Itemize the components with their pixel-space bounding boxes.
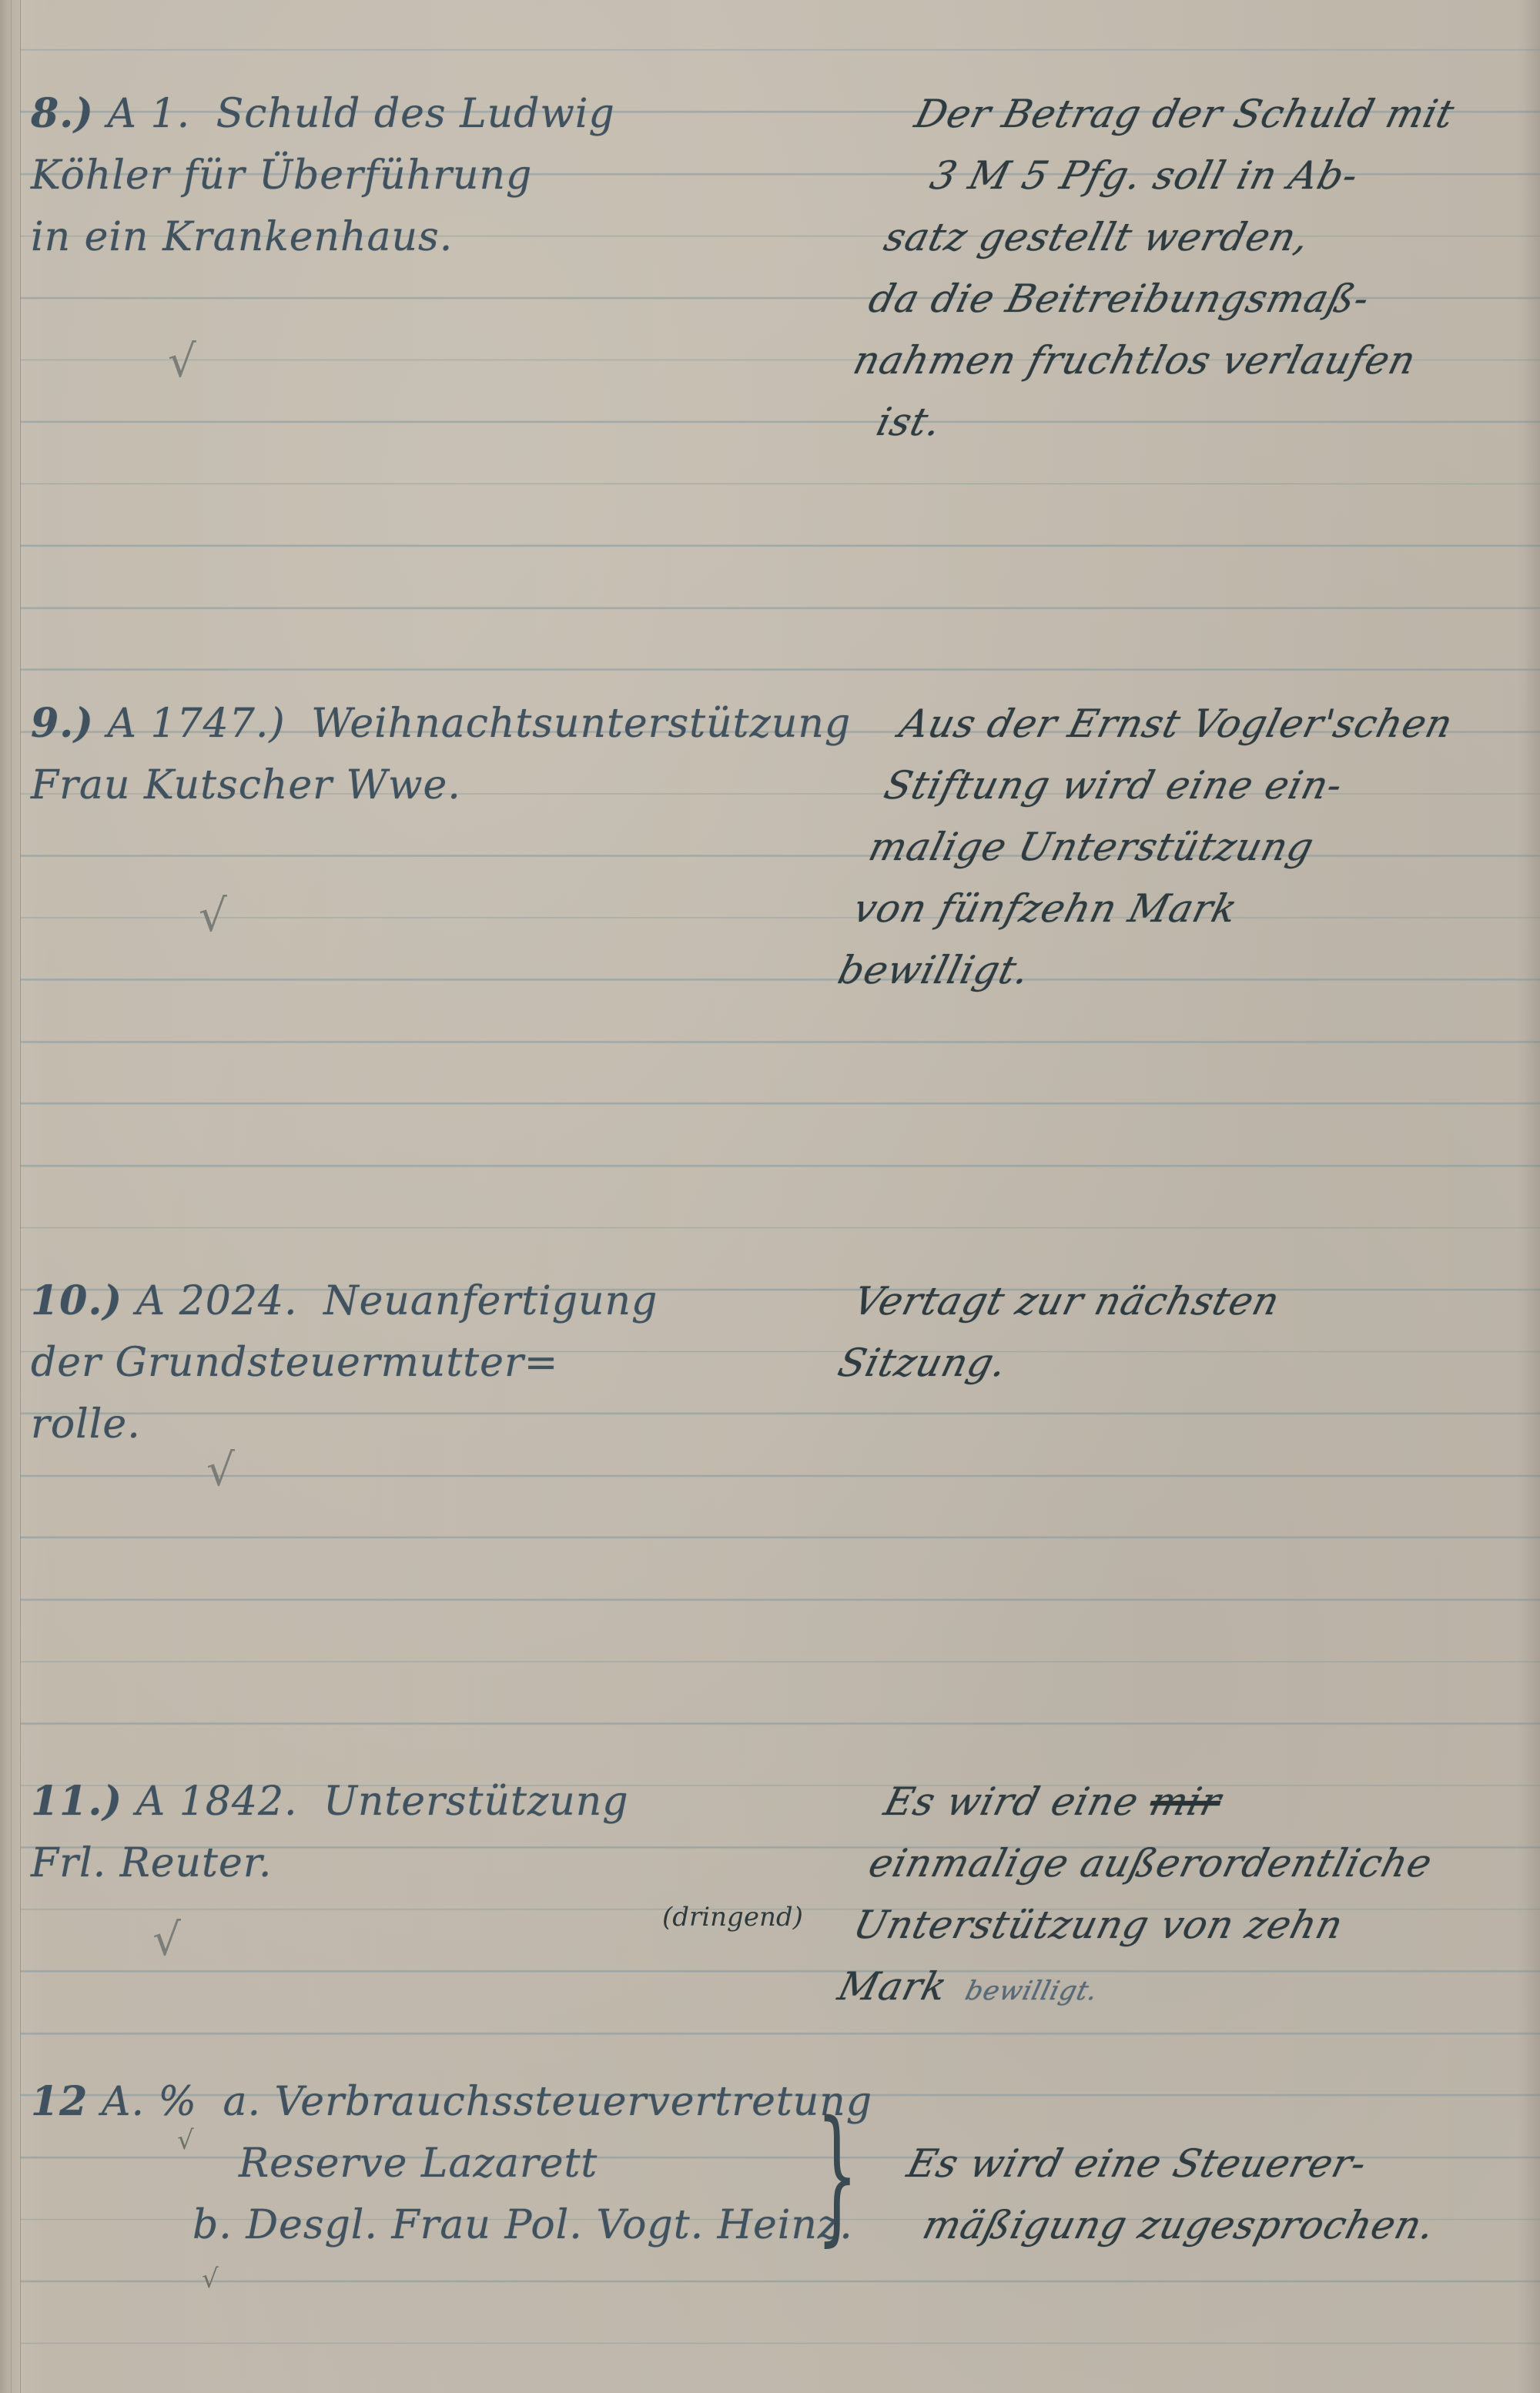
- reference-code: A 1.: [107, 91, 190, 137]
- resolution-line: Es wird eine Steuerer-: [901, 2133, 1540, 2194]
- resolution-line: bewilligt.: [832, 939, 1540, 1001]
- subject-line: 9.) A 1747.) Weihnachtsunterstützung: [31, 693, 816, 755]
- resolution-line: Unterstützung von zehn: [847, 1894, 1540, 1956]
- subject-text: Schuld des Ludwig: [216, 91, 615, 137]
- reference-code: A 1842.: [136, 1779, 298, 1825]
- subject-line: 10.) A 2024. Neuanfertigung: [31, 1270, 816, 1332]
- item-number: 8.): [31, 90, 94, 137]
- agenda-item-12: 12 A. % a. Verbrauchssteuervertretung Re…: [31, 2071, 816, 2256]
- resolution-text: Mark: [834, 1964, 952, 2009]
- resolution-10: Vertagt zur nächsten Sitzung.: [832, 1270, 1540, 1394]
- subject-line: Frau Kutscher Wwe.: [31, 755, 816, 816]
- subject-line: in ein Krankenhaus.: [31, 206, 816, 268]
- subject-line: 11.) A 1842. Unterstützung: [31, 1771, 816, 1832]
- reference-code: A 2024.: [136, 1278, 298, 1324]
- resolution-line: nahmen fruchtlos verlaufen: [847, 330, 1540, 391]
- checkmark-icon: √: [152, 1917, 181, 1962]
- resolution-text: Es wird eine: [880, 1779, 1143, 1824]
- resolution-line: da die Beitreibungsmaß-: [862, 268, 1540, 330]
- item-number: 12: [31, 2078, 88, 2125]
- sub-item-text: Verbrauchssteuervertretung: [275, 2079, 873, 2125]
- agenda-item-8: 8.) A 1. Schuld des Ludwig Köhler für Üb…: [31, 83, 816, 268]
- item-number: 11.): [31, 1778, 122, 1825]
- checkmark-icon: √: [206, 1448, 235, 1492]
- sub-item-line: Reserve Lazarett: [31, 2133, 816, 2194]
- sub-item-marker: a.: [223, 2079, 261, 2125]
- subject-line: Köhler für Überführung: [31, 145, 816, 206]
- checkmark-icon: √: [202, 2264, 219, 2294]
- resolution-line: einmalige außerordentliche: [862, 1832, 1540, 1894]
- reference-code: A 1747.): [107, 701, 285, 747]
- resolution-line: von fünfzehn Mark: [847, 878, 1540, 939]
- resolution-line: mäßigung zugesprochen.: [885, 2194, 1540, 2256]
- resolution-11: Es wird eine mir einmalige außerordentli…: [832, 1771, 1540, 2017]
- resolution-line: Der Betrag der Schuld mit: [909, 83, 1540, 145]
- agenda-item-9: 9.) A 1747.) Weihnachtsunterstützung Fra…: [31, 693, 816, 816]
- subject-line: 12 A. % a. Verbrauchssteuervertretung: [31, 2071, 816, 2133]
- subject-text: Unterstützung: [323, 1779, 628, 1825]
- resolution-line: Sitzung.: [832, 1332, 1540, 1394]
- checkmark-icon: √: [177, 2125, 194, 2156]
- struck-word: mir: [1146, 1779, 1227, 1824]
- resolution-line: Vertagt zur nächsten: [847, 1270, 1540, 1332]
- resolution-line: Aus der Ernst Vogler'schen: [893, 693, 1540, 755]
- sub-item-line: b. Desgl. Frau Pol. Vogt. Heinz.: [31, 2194, 816, 2256]
- subject-line: 8.) A 1. Schuld des Ludwig: [31, 83, 816, 145]
- subject-line: rolle.: [31, 1394, 816, 1455]
- subject-text: Neuanfertigung: [323, 1278, 658, 1324]
- resolution-9: Aus der Ernst Vogler'schen Stiftung wird…: [832, 693, 1540, 1001]
- agenda-column: 8.) A 1. Schuld des Ludwig Köhler für Üb…: [31, 0, 816, 2393]
- subject-line: der Grundsteuermutter=: [31, 1332, 816, 1394]
- resolution-column: Der Betrag der Schuld mit 3 M 5 Pfg. sol…: [832, 0, 1525, 2393]
- subject-text: Weihnachtsunterstützung: [311, 701, 851, 747]
- item-number: 9.): [31, 700, 94, 747]
- checkmark-icon: √: [199, 893, 227, 938]
- resolution-line: Es wird eine mir: [878, 1771, 1540, 1832]
- resolution-line: ist.: [832, 391, 1540, 453]
- binding-edge: [0, 0, 21, 2393]
- resolution-8: Der Betrag der Schuld mit 3 M 5 Pfg. sol…: [832, 83, 1540, 453]
- document-page: 8.) A 1. Schuld des Ludwig Köhler für Üb…: [0, 0, 1540, 2393]
- subject-line: Frl. Reuter.: [31, 1832, 816, 1894]
- resolution-line: Mark bewilligt.: [832, 1956, 1540, 2017]
- item-number: 10.): [31, 1277, 122, 1324]
- reference-code: A. %: [102, 2079, 197, 2125]
- resolution-12: Es wird eine Steuerer- mäßigung zugespro…: [885, 2133, 1540, 2256]
- sub-item-text: Desgl. Frau Pol. Vogt. Heinz.: [246, 2202, 852, 2248]
- resolution-line: satz gestellt werden,: [878, 206, 1540, 268]
- resolution-line: Stiftung wird eine ein-: [878, 755, 1540, 816]
- resolution-line: malige Unterstützung: [862, 816, 1540, 878]
- resolution-line: 3 M 5 Pfg. soll in Ab-: [893, 145, 1540, 206]
- agenda-item-11: 11.) A 1842. Unterstützung Frl. Reuter.: [31, 1771, 816, 1894]
- agenda-item-10: 10.) A 2024. Neuanfertigung der Grundste…: [31, 1270, 816, 1455]
- margin-note-urgent: (dringend): [662, 1902, 803, 1933]
- pencil-insertion: bewilligt.: [962, 1976, 1102, 2006]
- sub-item-marker: b.: [192, 2202, 233, 2248]
- checkmark-icon: √: [168, 339, 196, 383]
